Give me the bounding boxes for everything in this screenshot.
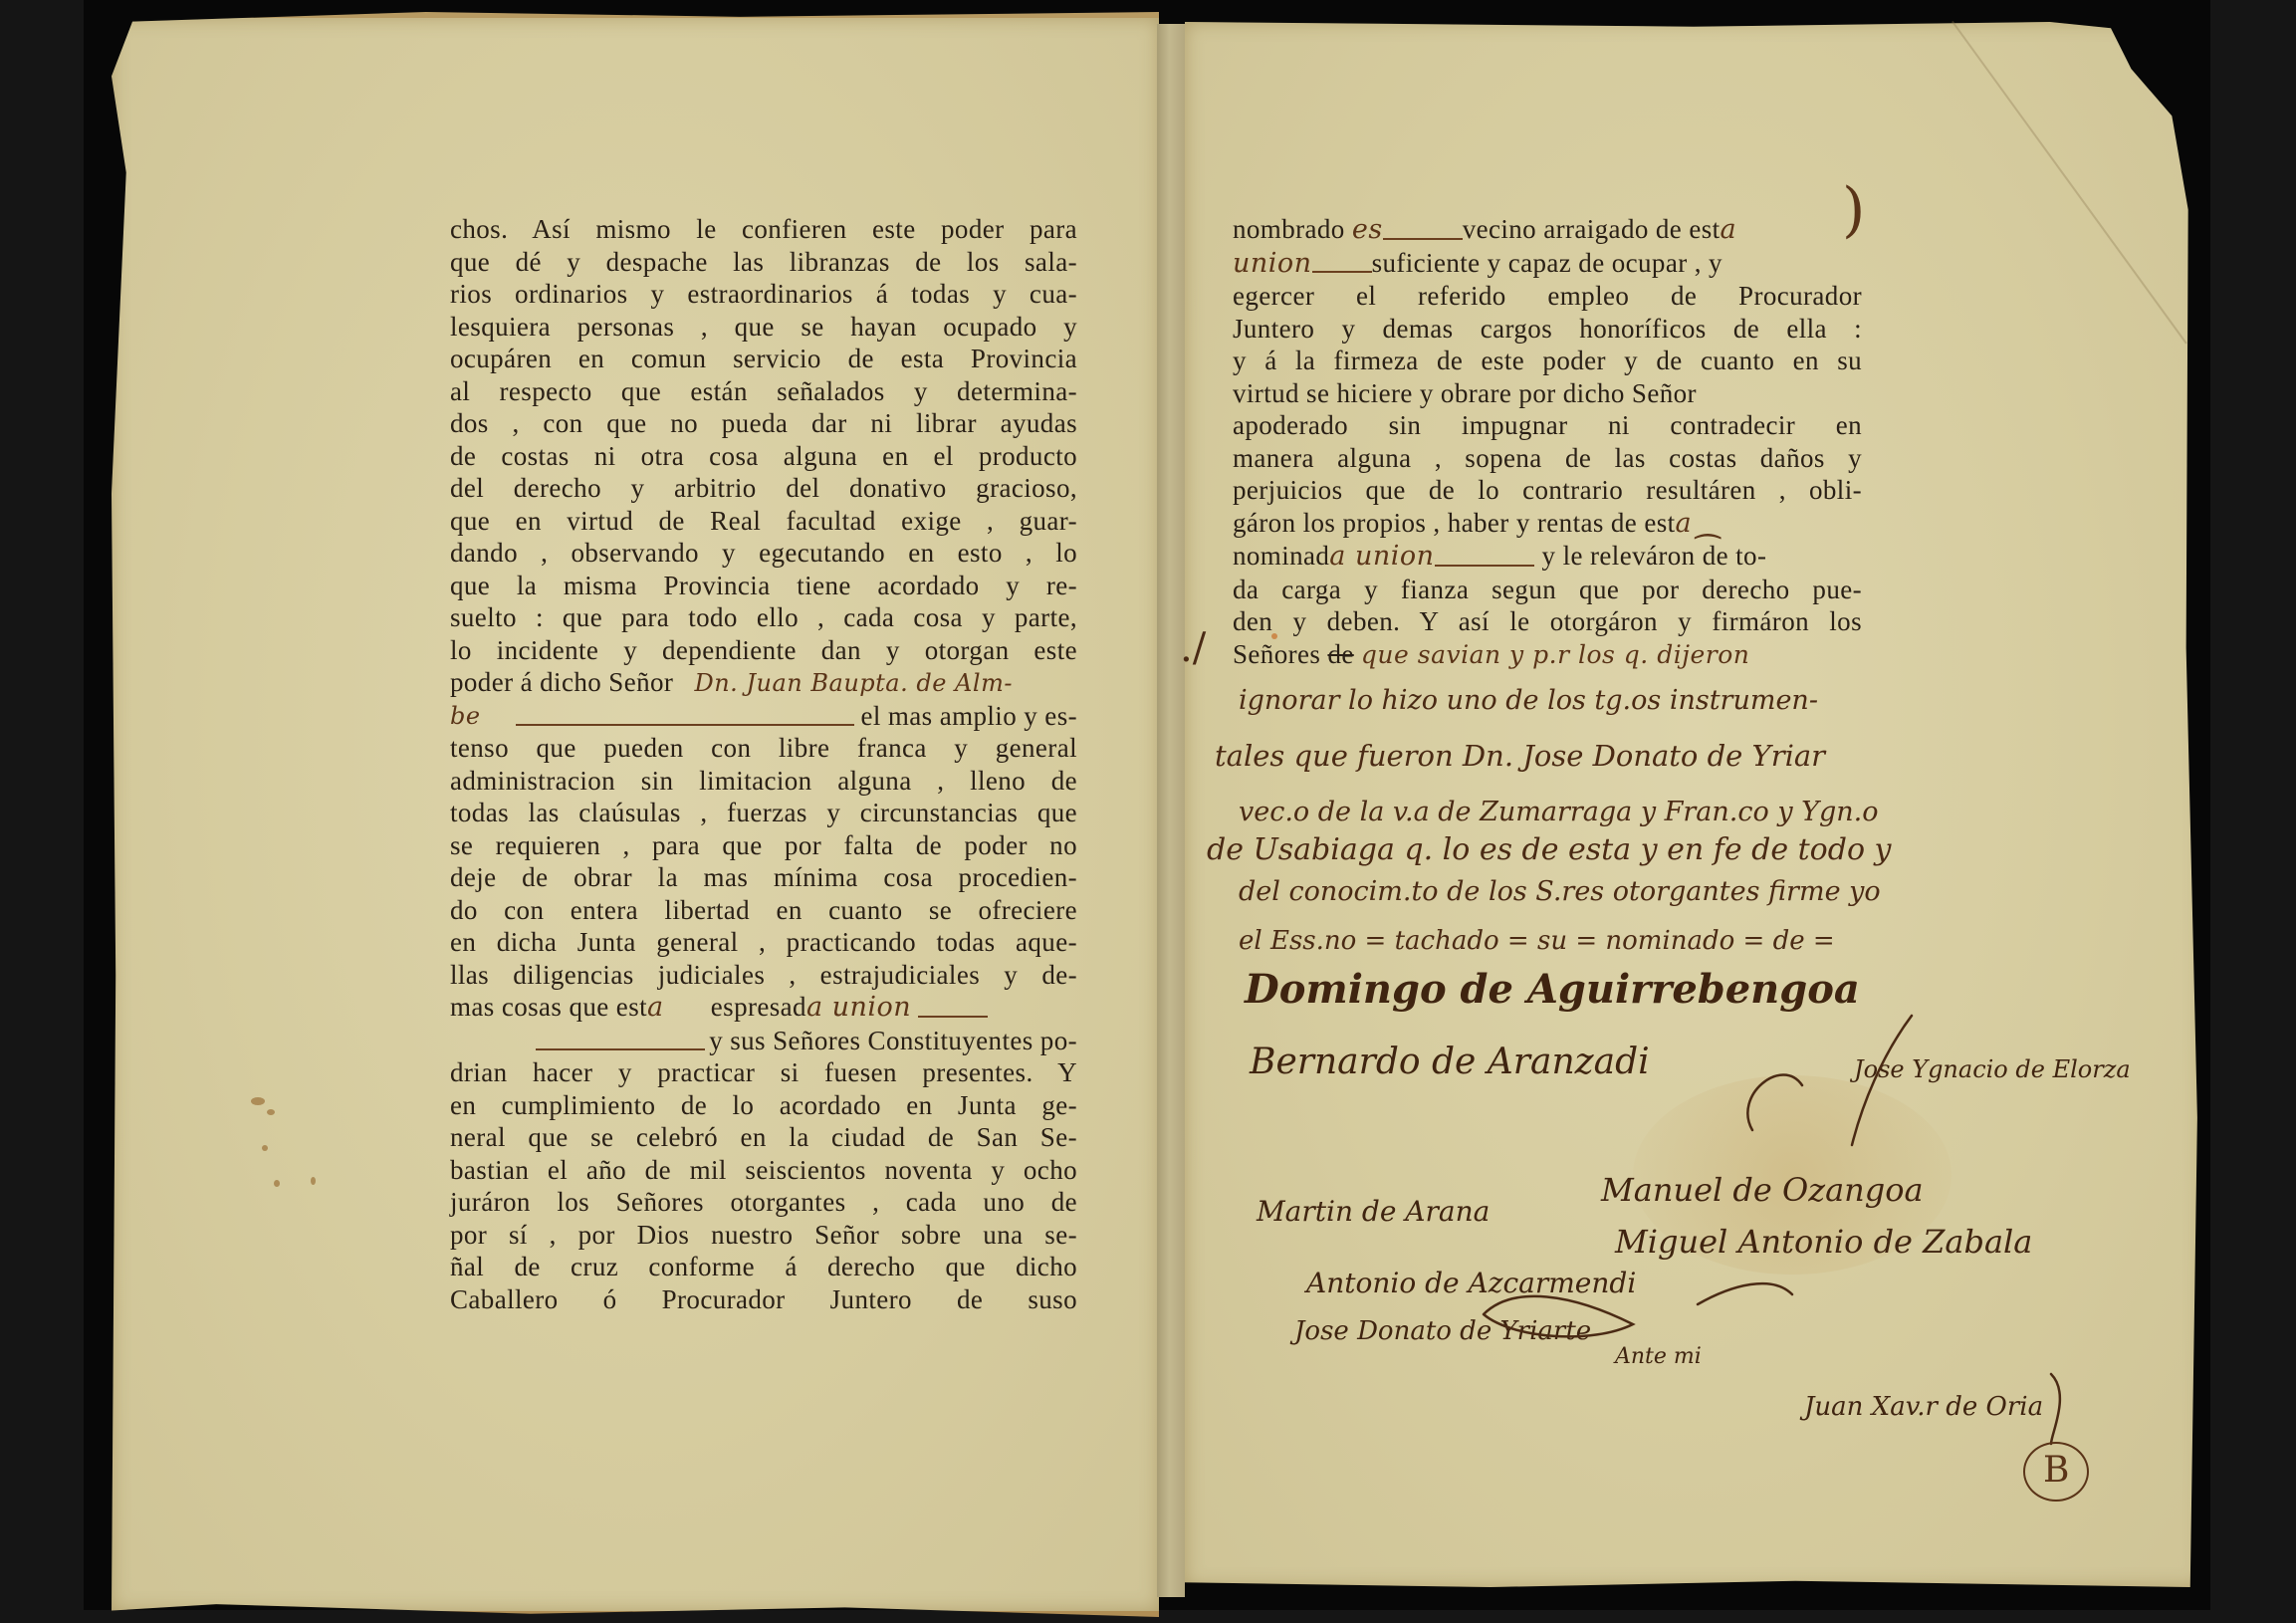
signature-flourishes (0, 0, 2296, 1623)
notary-rubric-seal: B (2023, 1442, 2089, 1502)
flourish-rubric (1484, 1296, 1633, 1336)
